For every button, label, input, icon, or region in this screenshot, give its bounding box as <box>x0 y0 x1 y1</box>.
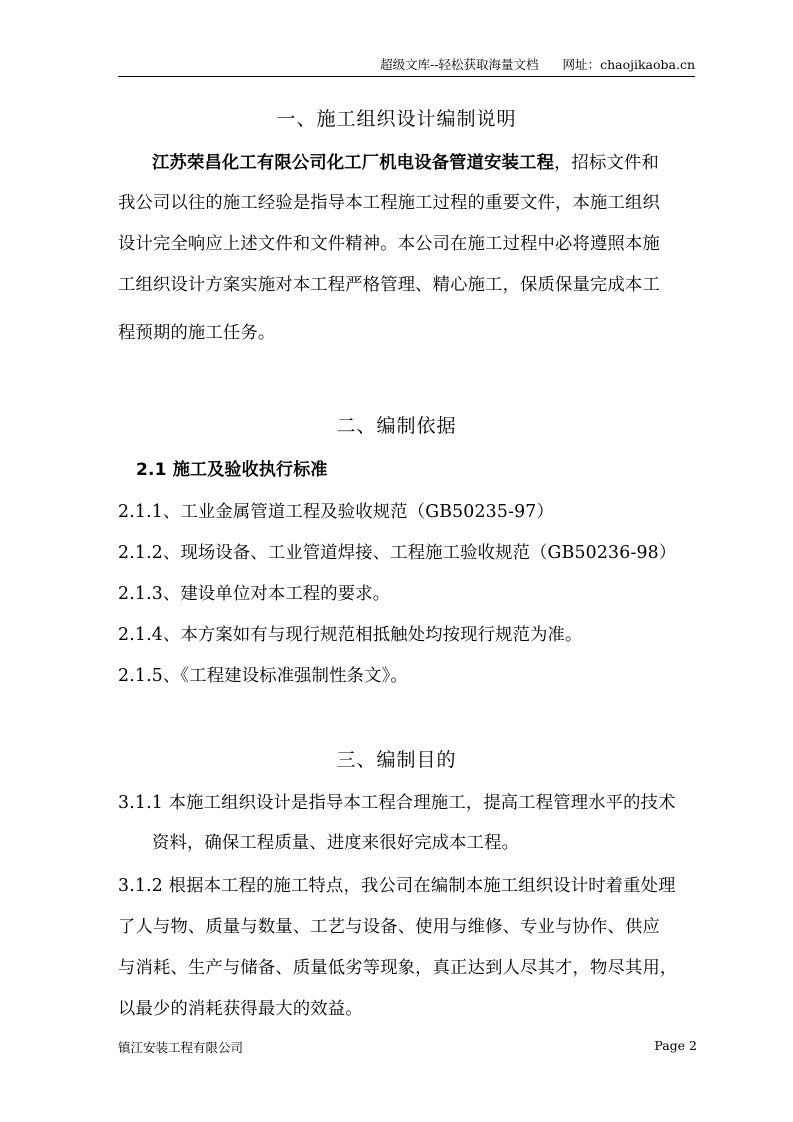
standard-item: 2.1.3、建设单位对本工程的要求。 <box>118 579 698 604</box>
standard-item: 2.1.4、本方案如有与现行规范相抵触处均按现行规范为准。 <box>118 620 698 645</box>
section1-paragraph-line: 我公司以往的施工经验是指导本工程施工过程的重要文件，本施工组织 <box>118 188 698 213</box>
purpose-line: 3.1.1 本施工组织设计是指导本工程合理施工，提高工程管理水平的技术 <box>118 788 698 813</box>
section1-paragraph-line: 工组织设计方案实施对本工程严格管理、精心施工，保质保量完成本工 <box>118 270 698 295</box>
header-site-link[interactable]: chaojikaoba.cn <box>600 57 695 72</box>
standard-item: 2.1.5、《工程建设标准强制性条文》。 <box>118 661 698 686</box>
purpose-line: 以最少的消耗获得最大的效益。 <box>118 994 698 1019</box>
footer-company: 镇江安装工程有限公司 <box>118 1038 243 1056</box>
header-site-label: 网址： <box>563 57 601 72</box>
section1-title: 一、施工组织设计编制说明 <box>0 104 793 131</box>
standard-item: 2.1.2、现场设备、工业管道焊接、工程施工验收规范（GB50236-98） <box>118 538 698 563</box>
header-library-text: 超级文库--轻松获取海量文档 <box>380 57 538 72</box>
section1-paragraph-line: 江苏荣昌化工有限公司化工厂机电设备管道安装工程，招标文件和 <box>152 148 732 173</box>
purpose-line: 了人与物、质量与数量、工艺与设备、使用与维修、专业与协作、供应 <box>118 912 698 937</box>
project-name: 江苏荣昌化工有限公司化工厂机电设备管道安装工程 <box>152 153 554 173</box>
page-footer: 镇江安装工程有限公司 Page 2 <box>118 1038 697 1056</box>
section2-title: 二、编制依据 <box>0 411 793 438</box>
section1-paragraph-line: 程预期的施工任务。 <box>118 318 698 343</box>
standard-item: 2.1.1、工业金属管道工程及验收规范（GB50235-97） <box>118 497 698 522</box>
page-header: 超级文库--轻松获取海量文档网址：chaojikaoba.cn <box>118 54 695 77</box>
section3-title: 三、编制目的 <box>0 745 793 772</box>
page-number: Page 2 <box>654 1038 697 1056</box>
section2-subtitle: 2.1 施工及验收执行标准 <box>136 455 716 480</box>
section1-paragraph-line: 设计完全响应上述文件和文件精神。本公司在施工过程中必将遵照本施 <box>118 229 698 254</box>
purpose-line: 资料，确保工程质量、进度来很好完成本工程。 <box>152 828 732 853</box>
purpose-line: 3.1.2 根据本工程的施工特点，我公司在编制本施工组织设计时着重处理 <box>118 871 698 896</box>
purpose-line: 与消耗、生产与储备、质量低劣等现象，真正达到人尽其才，物尽其用， <box>118 953 698 978</box>
